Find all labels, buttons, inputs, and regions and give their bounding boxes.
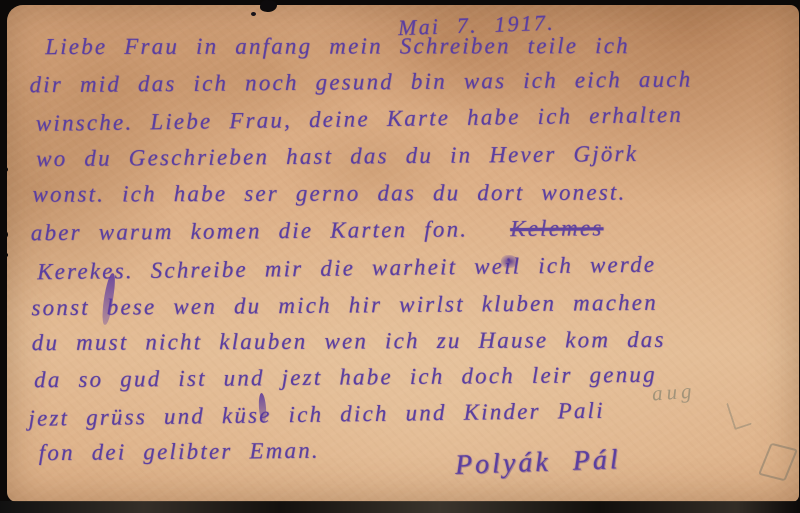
handwriting-line: Kerekes. Schreibe mir die warheit weil i… [37, 252, 656, 286]
handwriting-line: dir mid das ich noch gesund bin was ich … [29, 66, 692, 98]
handwriting-line: winsche. Liebe Frau, deine Karte habe ic… [36, 102, 683, 137]
crossed-out-word: Kelemes [510, 215, 604, 241]
signature: Polyák Pál [454, 444, 621, 482]
edge-speck [4, 253, 8, 257]
scanner-background: Mai 7. 1917. Liebe Frau in anfang mein S… [0, 0, 800, 513]
handwriting-line: wonst. ich habe ser gerno das du dort wo… [32, 180, 626, 208]
handwriting-line: sonst bese wen du mich hir wirlst kluben… [31, 290, 658, 321]
closing-line: fon dei gelibter Eman. [39, 438, 320, 466]
handwriting-line: du must nicht klauben wen ich zu Hause k… [32, 327, 666, 356]
handwriting-line: aber warum komen die Karten fon.Kelemes [31, 215, 604, 246]
edge-speck [2, 231, 8, 238]
pencil-annotation: aug [651, 379, 696, 407]
edge-speck [3, 167, 8, 172]
handwriting-line: da so gud ist und jezt habe ich doch lei… [34, 362, 657, 393]
ink-blot [501, 255, 518, 268]
handwriting-line: Liebe Frau in anfang mein Schreiben teil… [45, 33, 630, 60]
handwriting-line: jezt grüss und küse ich dich und Kinder … [28, 398, 605, 432]
line-text: aber warum komen die Karten fon. [31, 216, 469, 245]
handwriting-line: wo du Geschrieben hast das du in Hever G… [36, 141, 638, 172]
postcard-paper: Mai 7. 1917. Liebe Frau in anfang mein S… [7, 5, 799, 502]
handwriting-block: Mai 7. 1917. Liebe Frau in anfang mein S… [5, 2, 800, 506]
